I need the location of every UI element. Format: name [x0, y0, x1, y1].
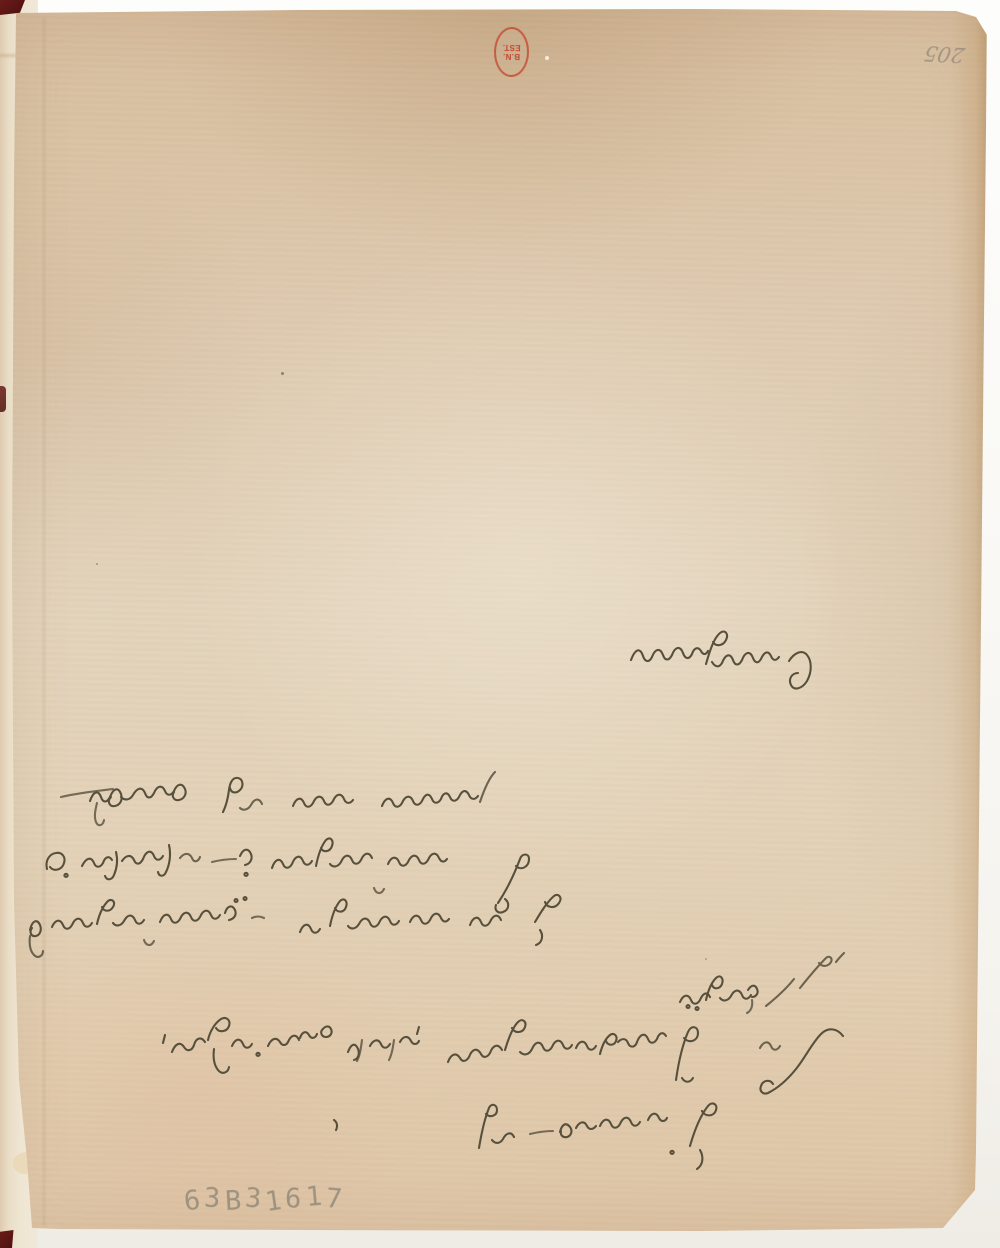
ink-stroke	[232, 1040, 252, 1048]
ink-stroke	[316, 838, 333, 866]
ink-stroke	[720, 991, 751, 1001]
ink-stroke	[348, 1045, 359, 1060]
ink-stroke	[82, 857, 112, 867]
ink-stroke	[676, 1027, 698, 1080]
ink-stroke	[492, 1133, 514, 1143]
ink-stroke	[618, 1033, 666, 1046]
ink-stroke	[244, 873, 247, 876]
handwriting-line-3	[30, 895, 561, 957]
ink-stroke	[520, 1041, 572, 1055]
ink-stroke	[535, 895, 560, 922]
ink-stroke	[334, 1120, 337, 1130]
ink-stroke	[560, 1124, 571, 1137]
ink-stroke	[836, 953, 844, 962]
ink-stroke	[576, 1122, 596, 1129]
ink-stroke	[536, 930, 542, 945]
ink-stroke	[321, 1026, 331, 1037]
ink-stroke	[696, 1007, 699, 1010]
ink-stroke	[495, 899, 508, 913]
ink-stroke	[505, 1020, 525, 1050]
ink-stroke	[272, 857, 312, 868]
handwriting-isolated-word	[631, 632, 811, 689]
ink-stroke	[374, 888, 384, 893]
ink-stroke	[240, 850, 252, 865]
ink-stroke	[330, 854, 372, 867]
ink-stroke	[214, 1049, 229, 1073]
ink-stroke	[498, 855, 529, 904]
ink-stroke	[748, 986, 758, 997]
ink-stroke	[480, 772, 495, 802]
handwriting-fragment	[766, 953, 844, 1006]
handwriting-line-6	[334, 1103, 716, 1169]
ink-stroke	[800, 957, 832, 988]
handwriting-line-2	[46, 838, 529, 912]
ink-stroke	[121, 785, 186, 800]
ink-stroke	[172, 1038, 205, 1052]
ink-stroke	[382, 791, 478, 807]
ink-stroke	[64, 874, 67, 877]
ink-stroke	[268, 1036, 299, 1046]
ink-stroke	[530, 1131, 553, 1134]
ink-stroke	[687, 1005, 690, 1008]
scanned-page: B.N. EST. 205 63B31617	[0, 0, 1000, 1248]
ink-stroke	[470, 916, 501, 926]
ink-stroke	[410, 914, 449, 924]
ink-stroke	[113, 916, 144, 926]
ink-stroke	[30, 921, 41, 936]
ink-stroke	[225, 906, 236, 920]
ink-stroke	[46, 853, 64, 870]
ink-stroke	[256, 1053, 259, 1056]
ink-stroke	[760, 1029, 843, 1093]
ink-stroke	[212, 859, 236, 862]
ink-stroke	[30, 936, 43, 957]
ink-stroke	[160, 911, 220, 923]
ink-stroke	[682, 1078, 693, 1082]
ink-stroke	[61, 789, 113, 797]
ink-stroke	[235, 899, 238, 902]
ink-stroke	[95, 803, 104, 825]
ink-stroke	[648, 1114, 667, 1121]
ink-stroke	[293, 795, 353, 807]
ink-stroke	[670, 1151, 673, 1154]
handwriting-line-5	[163, 1018, 843, 1094]
ink-stroke	[766, 979, 794, 1006]
handwriting-layer	[0, 0, 1000, 1248]
ink-stroke	[163, 1035, 165, 1043]
ink-stroke	[388, 854, 447, 866]
ink-stroke	[223, 778, 242, 812]
ink-stroke	[690, 1103, 716, 1146]
ink-stroke	[789, 652, 811, 688]
ink-stroke	[144, 940, 154, 945]
ink-stroke	[252, 917, 264, 919]
ink-stroke	[631, 648, 708, 661]
ink-stroke	[97, 900, 114, 924]
ink-stroke	[697, 1150, 702, 1169]
ink-stroke	[52, 919, 92, 929]
ink-stroke	[244, 897, 247, 900]
ink-stroke	[576, 1042, 596, 1050]
ink-stroke	[300, 1032, 317, 1038]
ink-stroke	[122, 852, 163, 864]
ink-stroke	[760, 1042, 780, 1049]
ink-stroke	[600, 1118, 640, 1128]
ink-stroke	[600, 1034, 617, 1054]
ink-stroke	[417, 1027, 419, 1034]
ink-stroke	[240, 800, 262, 810]
handwriting-line-4-cigares	[680, 976, 758, 1013]
ink-stroke	[448, 1046, 502, 1062]
ink-stroke	[706, 976, 723, 1000]
ink-stroke	[370, 1040, 390, 1047]
ink-stroke	[348, 917, 399, 929]
handwriting-line-1	[61, 772, 495, 825]
ink-stroke	[208, 1018, 229, 1040]
ink-stroke	[300, 925, 320, 933]
ink-stroke	[400, 1037, 419, 1044]
ink-stroke	[712, 652, 779, 666]
ink-stroke	[180, 854, 200, 861]
ink-stroke	[105, 852, 117, 879]
ink-stroke	[747, 1000, 752, 1013]
ink-stroke	[330, 899, 347, 926]
